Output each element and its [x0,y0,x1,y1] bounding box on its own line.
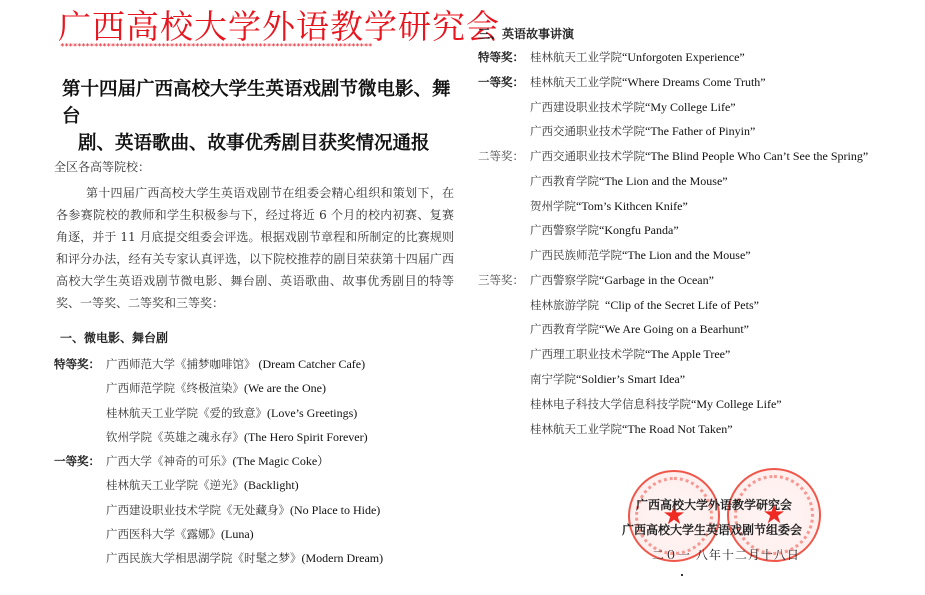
award-title-en: “Soldier’s Smart Idea” [576,372,685,386]
document-title-line1: 第十四届广西高校大学生英语戏剧节微电影、舞台 [62,76,452,130]
award-row: 广西民族大学相思湖学院《时髦之梦》(Modern Dream) [54,549,383,567]
award-title-en: “Clip of the Secret Life of Pets” [599,298,759,312]
award-title-en: (Luna) [221,527,254,541]
section3-heading: 三、英语故事讲演 [478,25,574,43]
award-row: 桂林旅游学院 “Clip of the Secret Life of Pets” [478,296,759,314]
award-row: 二等奖：广西交通职业技术学院“The Blind People Who Can’… [478,147,868,165]
award-title-cn: 《终极渲染》 [175,381,244,395]
award-school: 广西交通职业技术学院 [530,149,645,163]
award-title-cn: 《捕梦咖啡馆》 [175,357,256,371]
award-school: 广西教育学院 [530,322,599,336]
letterhead-star-divider: ****************************************… [60,42,440,52]
award-level-label: 二等奖： [478,147,530,165]
award-title-en: “Tom’s Kithcen Knife” [576,199,688,213]
document-page: 广西高校大学外语教学研究会 **************************… [0,0,925,595]
award-school: 广西建设职业技术学院 [106,503,221,517]
award-school: 广西警察学院 [530,223,599,237]
salutation: 全区各高等院校： [54,158,150,176]
award-title-en: “The Apple Tree” [645,347,730,361]
signature-org2: 广西高校大学生英语戏剧节组委会 [622,521,802,539]
award-row: 广西医科大学《露娜》(Luna) [54,525,254,543]
award-school: 广西医科大学 [106,527,175,541]
award-school: 广西民族师范学院 [530,248,622,262]
award-school: 广西理工职业技术学院 [530,347,645,361]
award-school: 广西建设职业技术学院 [530,100,645,114]
award-title-cn: 《逆光》 [198,478,244,492]
award-school: 贺州学院 [530,199,576,213]
award-school: 桂林航天工业学院 [106,478,198,492]
award-row: 贺州学院“Tom’s Kithcen Knife” [478,197,688,215]
award-title-en: “Garbage in the Ocean” [599,273,714,287]
intro-paragraph: 第十四届广西高校大学生英语戏剧节在组委会精心组织和策划下，在各参赛院校的教师和学… [56,182,454,314]
award-row: 广西交通职业技术学院“The Father of Pinyin” [478,122,755,140]
award-row: 桂林电子科技大学信息科技学院“My College Life” [478,395,782,413]
award-school: 广西大学 [106,454,152,468]
award-row: 桂林航天工业学院“The Road Not Taken” [478,420,733,438]
award-school: 南宁学院 [530,372,576,386]
signature-org1: 广西高校大学外语教学研究会 [636,496,792,514]
award-school: 广西教育学院 [530,174,599,188]
award-title-cn: 《无处藏身》 [221,503,290,517]
award-school: 钦州学院 [106,430,152,444]
award-row: 广西理工职业技术学院“The Apple Tree” [478,345,730,363]
award-title-en: “The Lion and the Mouse” [622,248,751,262]
award-row: 广西民族师范学院“The Lion and the Mouse” [478,246,751,264]
award-row: 钦州学院《英雄之魂永存》(The Hero Spirit Forever) [54,428,368,446]
award-title-en: “The Father of Pinyin” [645,124,755,138]
award-title-en: (Modern Dream) [302,551,384,565]
award-title-cn: 《爱的致意》 [198,406,267,420]
award-title-en: “We Are Going on a Bearhunt” [599,322,749,336]
award-title-en: “Where Dreams Come Truth” [622,75,766,89]
award-title-en: “Unforgoten Experience” [622,50,745,64]
award-school: 桂林航天工业学院 [106,406,198,420]
document-title: 第十四届广西高校大学生英语戏剧节微电影、舞台 剧、英语歌曲、故事优秀剧目获奖情况… [62,76,452,157]
award-level-label: 一等奖： [54,452,106,470]
award-title-en: (Backlight) [244,478,299,492]
award-school: 广西交通职业技术学院 [530,124,645,138]
award-row: 桂林航天工业学院《逆光》(Backlight) [54,476,299,494]
award-title-en: “My College Life” [645,100,736,114]
award-title-cn: 《时髦之梦》 [233,551,302,565]
award-title-en: “My College Life” [691,397,782,411]
award-level-label: 三等奖： [478,271,530,289]
award-row: 特等奖：广西师范大学《捕梦咖啡馆》 (Dream Catcher Cafe) [54,355,365,373]
award-school: 广西警察学院 [530,273,599,287]
award-title-en: (The Magic Coke） [233,454,330,468]
award-row: 南宁学院“Soldier’s Smart Idea” [478,370,685,388]
award-row: 广西教育学院“The Lion and the Mouse” [478,172,728,190]
award-row: 广西建设职业技术学院《无处藏身》(No Place to Hide) [54,501,380,519]
award-level-label: 特等奖： [54,355,106,373]
award-row: 一等奖：广西大学《神奇的可乐》(The Magic Coke） [54,452,329,470]
award-school: 广西师范大学 [106,357,175,371]
award-school: 桂林航天工业学院 [530,75,622,89]
award-row: 广西师范学院《终极渲染》(We are the One) [54,379,326,397]
award-school: 桂林旅游学院 [530,298,599,312]
award-title-en: (No Place to Hide) [290,503,380,517]
award-row: 广西建设职业技术学院“My College Life” [478,98,736,116]
award-row: 广西教育学院“We Are Going on a Bearhunt” [478,320,749,338]
award-row: 特等奖：桂林航天工业学院“Unforgoten Experience” [478,48,745,66]
award-title-en: “The Lion and the Mouse” [599,174,728,188]
award-row: 一等奖：桂林航天工业学院“Where Dreams Come Truth” [478,73,766,91]
award-school: 桂林电子科技大学信息科技学院 [530,397,691,411]
award-title-en: (Dream Catcher Cafe) [256,357,366,371]
award-title-en: (Love’s Greetings) [267,406,357,420]
award-school: 桂林航天工业学院 [530,422,622,436]
award-title-en: “The Blind People Who Can’t See the Spri… [645,149,868,163]
award-title-cn: 《英雄之魂永存》 [152,430,244,444]
award-title-en: “The Road Not Taken” [622,422,733,436]
award-title-cn: 《神奇的可乐》 [152,454,233,468]
award-title-cn: 《露娜》 [175,527,221,541]
award-title-en: (The Hero Spirit Forever) [244,430,368,444]
award-row: 桂林航天工业学院《爱的致意》(Love’s Greetings) [54,404,357,422]
signature-date: 二０一 八年十二月十八日 [652,546,800,564]
award-level-label: 一等奖： [478,73,530,91]
award-title-en: “Kongfu Panda” [599,223,679,237]
award-school: 广西师范学院 [106,381,175,395]
award-level-label: 特等奖： [478,48,530,66]
award-title-en: (We are the One) [244,381,326,395]
award-row: 三等奖：广西警察学院“Garbage in the Ocean” [478,271,714,289]
document-title-line2: 剧、英语歌曲、故事优秀剧目获奖情况通报 [62,130,452,157]
award-school: 桂林航天工业学院 [530,50,622,64]
award-row: 广西警察学院“Kongfu Panda” [478,221,679,239]
section1-heading: 一、微电影、舞台剧 [60,329,168,347]
stray-dot [681,574,683,576]
award-school: 广西民族大学相思湖学院 [106,551,233,565]
